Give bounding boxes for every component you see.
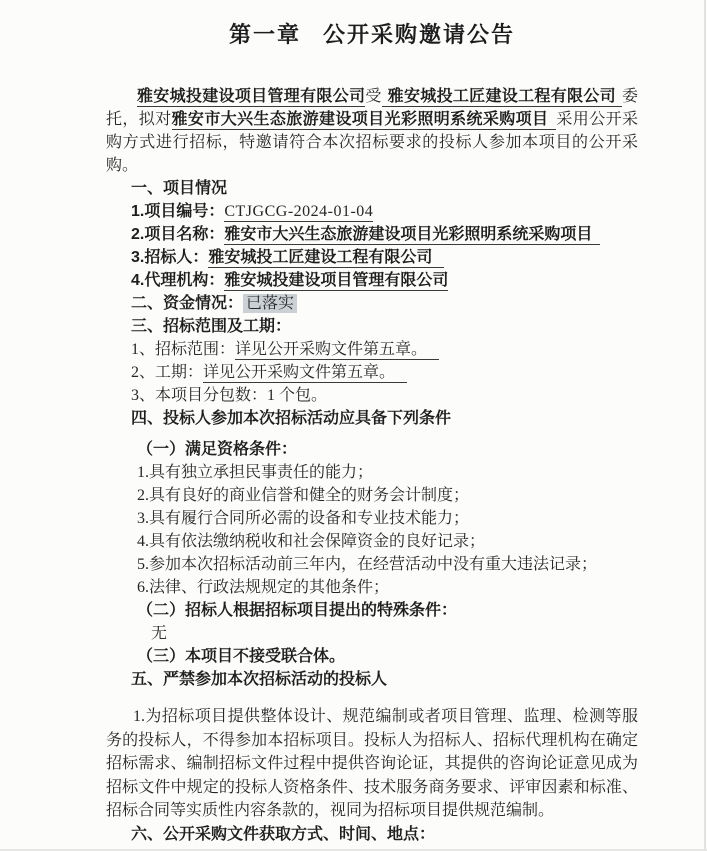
- qualification-item: 3.具有履行合同所必需的设备和专业技术能力；: [137, 507, 638, 530]
- scope-packages-value: 1 个包。: [267, 387, 327, 404]
- page-title: 第一章公开采购邀请公告: [106, 18, 638, 49]
- client-name: 雅安城投工匠建设工程有限公司: [382, 88, 622, 107]
- scope-range-label: 1、招标范围：: [131, 341, 235, 358]
- scope-range-row: 1、招标范围：详见公开采购文件第五章。: [131, 338, 638, 361]
- qualification-item: 6.法律、行政法规规定的其他条件；: [137, 576, 638, 599]
- tenderer-label: 3.招标人：: [131, 249, 208, 266]
- intro-received: 受: [365, 88, 381, 105]
- tenderer-value: 雅安城投工匠建设工程有限公司: [208, 249, 444, 268]
- project-name: 雅安市大兴生态旅游建设项目光彩照明系统采购项目: [172, 111, 557, 130]
- funding-status-highlight: 已落实: [243, 294, 297, 313]
- agent-row: 4.代理机构：雅安城投建设项目管理有限公司: [131, 269, 638, 292]
- section-heading-acquisition: 六、公开采购文件获取方式、时间、地点：: [131, 823, 638, 846]
- scan-edge-right: [704, 0, 706, 851]
- project-number-label: 1.项目编号：: [131, 203, 224, 220]
- subheading-no-consortium: （三）本项目不接受联合体。: [137, 645, 638, 668]
- subheading-special-conditions: （二）招标人根据招标项目提出的特殊条件：: [137, 599, 638, 622]
- section-heading-project-info: 一、项目情况: [131, 177, 638, 200]
- project-name-row: 2.项目名称：雅安市大兴生态旅游建设项目光彩照明系统采购项目: [131, 223, 638, 246]
- special-conditions-value: 无: [151, 622, 638, 645]
- agency-name: 雅安城投建设项目管理有限公司: [137, 88, 365, 107]
- qualification-item: 4.具有依法缴纳税收和社会保障资金的良好记录；: [137, 530, 638, 553]
- tenderer-row: 3.招标人：雅安城投工匠建设工程有限公司: [131, 246, 638, 269]
- scope-duration-value: 详见公开采购文件第五章。: [203, 364, 407, 383]
- qualification-item: 5.参加本次招标活动前三年内，在经营活动中没有重大违法记录；: [137, 553, 638, 576]
- project-name-label: 2.项目名称：: [131, 226, 224, 243]
- subheading-qualification: （一）满足资格条件：: [137, 438, 638, 461]
- section-heading-conditions: 四、投标人参加本次招标活动应具备下列条件: [131, 407, 638, 430]
- scope-duration-row: 2、工期：详见公开采购文件第五章。: [131, 361, 638, 384]
- scope-range-value: 详见公开采购文件第五章。: [235, 341, 439, 360]
- section-heading-scope: 三、招标范围及工期：: [131, 315, 638, 338]
- chapter-number: 第一章: [229, 22, 301, 47]
- chapter-title-text: 公开采购邀请公告: [323, 22, 515, 47]
- forbidden-paragraph: 1.为招标项目提供整体设计、规范编制或者项目管理、监理、检测等服务的投标人，不得…: [106, 705, 638, 823]
- document-page: 第一章公开采购邀请公告 雅安城投建设项目管理有限公司受雅安城投工匠建设工程有限公…: [0, 0, 707, 851]
- qualification-item: 1.具有独立承担民事责任的能力；: [137, 461, 638, 484]
- section-heading-forbidden: 五、严禁参加本次招标活动的投标人: [131, 668, 638, 691]
- project-name-value: 雅安市大兴生态旅游建设项目光彩照明系统采购项目: [224, 226, 600, 245]
- qualification-item: 2.具有良好的商业信誉和健全的财务会计制度；: [137, 484, 638, 507]
- funding-heading: 二、资金情况：: [131, 295, 243, 312]
- document-content: 第一章公开采购邀请公告 雅安城投建设项目管理有限公司受雅安城投工匠建设工程有限公…: [106, 14, 638, 846]
- scope-duration-label: 2、工期：: [131, 364, 203, 381]
- agent-label: 4.代理机构：: [131, 272, 224, 289]
- agent-value: 雅安城投建设项目管理有限公司: [224, 272, 448, 291]
- scope-packages-label: 3、本项目分包数：: [131, 387, 267, 404]
- intro-paragraph: 雅安城投建设项目管理有限公司受雅安城投工匠建设工程有限公司委托，拟对雅安市大兴生…: [106, 85, 638, 177]
- funding-row: 二、资金情况：已落实: [131, 292, 638, 315]
- project-number-row: 1.项目编号：CTJGCG-2024-01-04: [131, 200, 638, 223]
- project-number-value: CTJGCG-2024-01-04: [224, 203, 373, 222]
- scope-packages-row: 3、本项目分包数：1 个包。: [131, 384, 638, 407]
